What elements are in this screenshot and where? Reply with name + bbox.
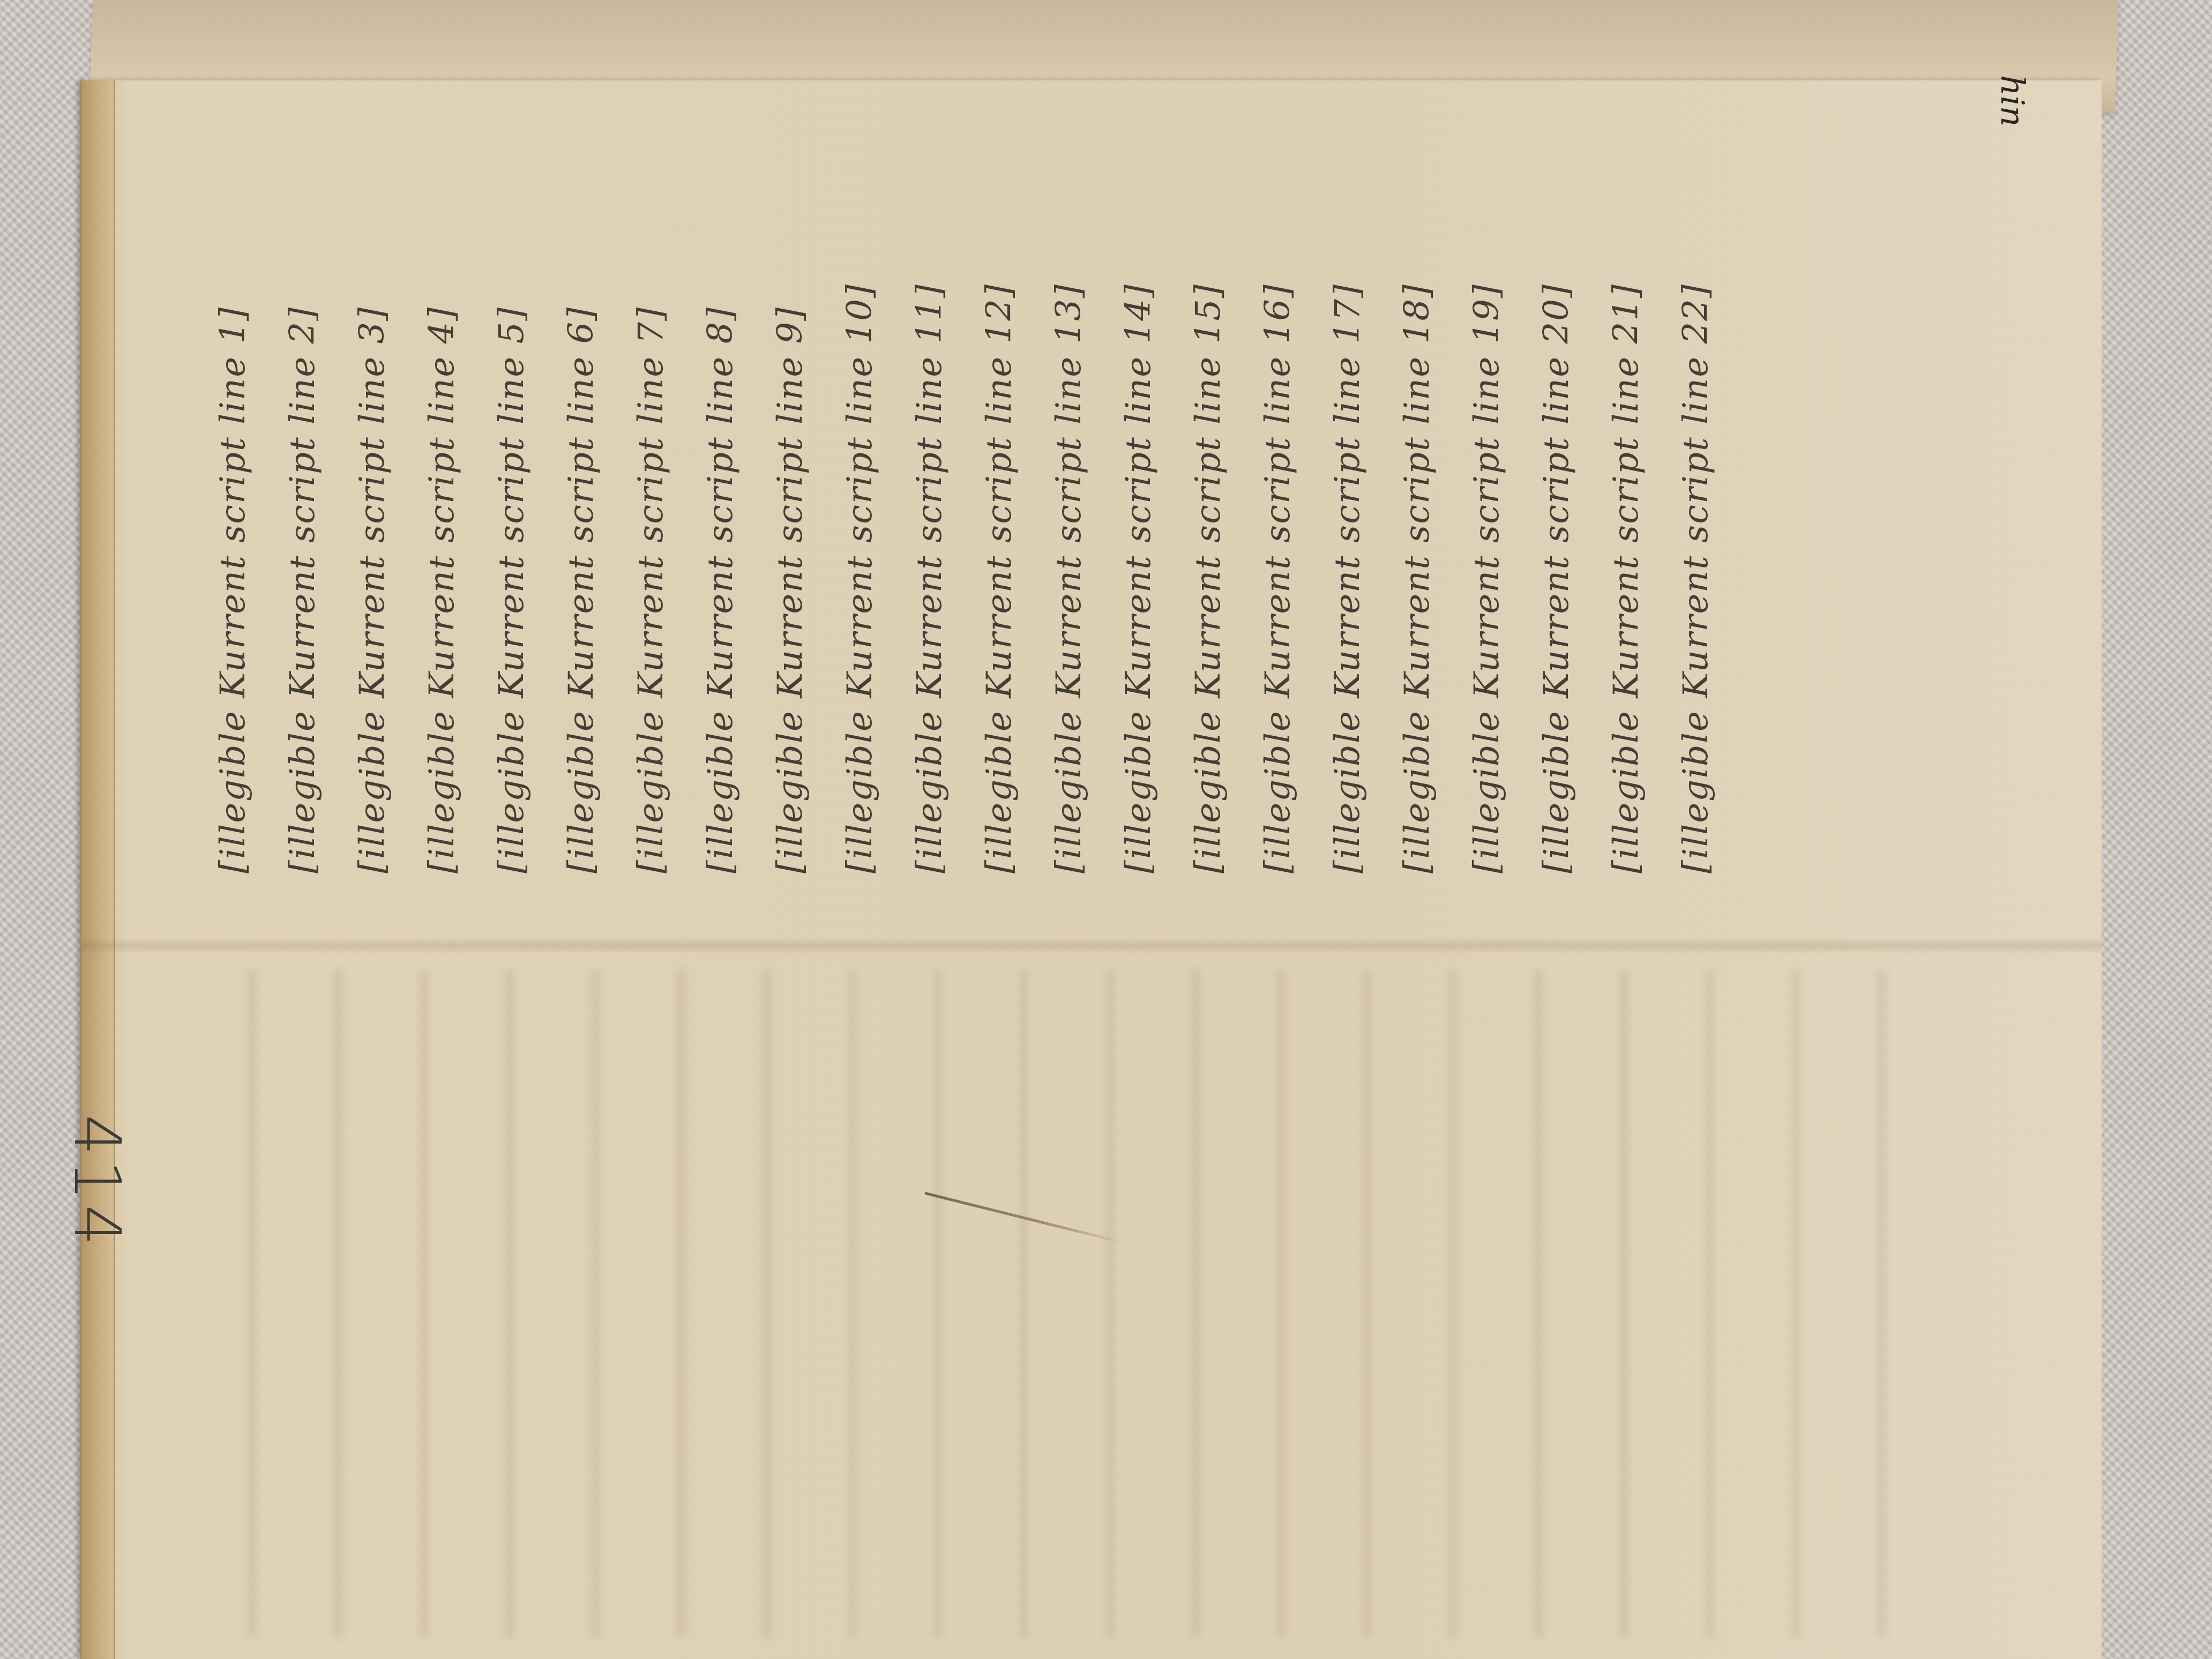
script-line: [illegible Kurrent script line 8] xyxy=(686,91,756,873)
script-line: [illegible Kurrent script line 17] xyxy=(1313,91,1382,873)
script-line: [illegible Kurrent script line 13] xyxy=(1034,91,1104,873)
script-line: [illegible Kurrent script line 4] xyxy=(407,91,477,873)
page-number: 414 xyxy=(59,1115,134,1250)
script-line: [illegible Kurrent script line 10] xyxy=(825,91,895,873)
handwritten-text-block: [illegible Kurrent script line 1] [illeg… xyxy=(198,91,1983,873)
catchword: hin xyxy=(1993,75,2031,126)
script-line: [illegible Kurrent script line 18] xyxy=(1382,91,1452,873)
script-line: [illegible Kurrent script line 9] xyxy=(756,91,825,873)
script-line: [illegible Kurrent script line 11] xyxy=(895,91,965,873)
script-line: [illegible Kurrent script line 15] xyxy=(1174,91,1243,873)
page-fold xyxy=(81,938,2102,954)
script-line: [illegible Kurrent script line 6] xyxy=(547,91,616,873)
script-line: [illegible Kurrent script line 1] xyxy=(198,91,268,873)
script-line: [illegible Kurrent script line 20] xyxy=(1522,91,1591,873)
page-edge xyxy=(81,80,115,1659)
ink-bleed-through xyxy=(189,970,1941,1638)
script-line: [illegible Kurrent script line 3] xyxy=(338,91,407,873)
script-line: [illegible Kurrent script line 21] xyxy=(1591,91,1661,873)
script-line: [illegible Kurrent script line 12] xyxy=(965,91,1034,873)
script-line: [illegible Kurrent script line 14] xyxy=(1104,91,1174,873)
script-line: [illegible Kurrent script line 16] xyxy=(1243,91,1313,873)
script-line: [illegible Kurrent script line 22] xyxy=(1661,91,1731,873)
script-line: [illegible Kurrent script line 7] xyxy=(616,91,686,873)
script-line: [illegible Kurrent script line 2] xyxy=(268,91,338,873)
script-line: [illegible Kurrent script line 19] xyxy=(1452,91,1522,873)
script-line: [illegible Kurrent script line 5] xyxy=(477,91,547,873)
